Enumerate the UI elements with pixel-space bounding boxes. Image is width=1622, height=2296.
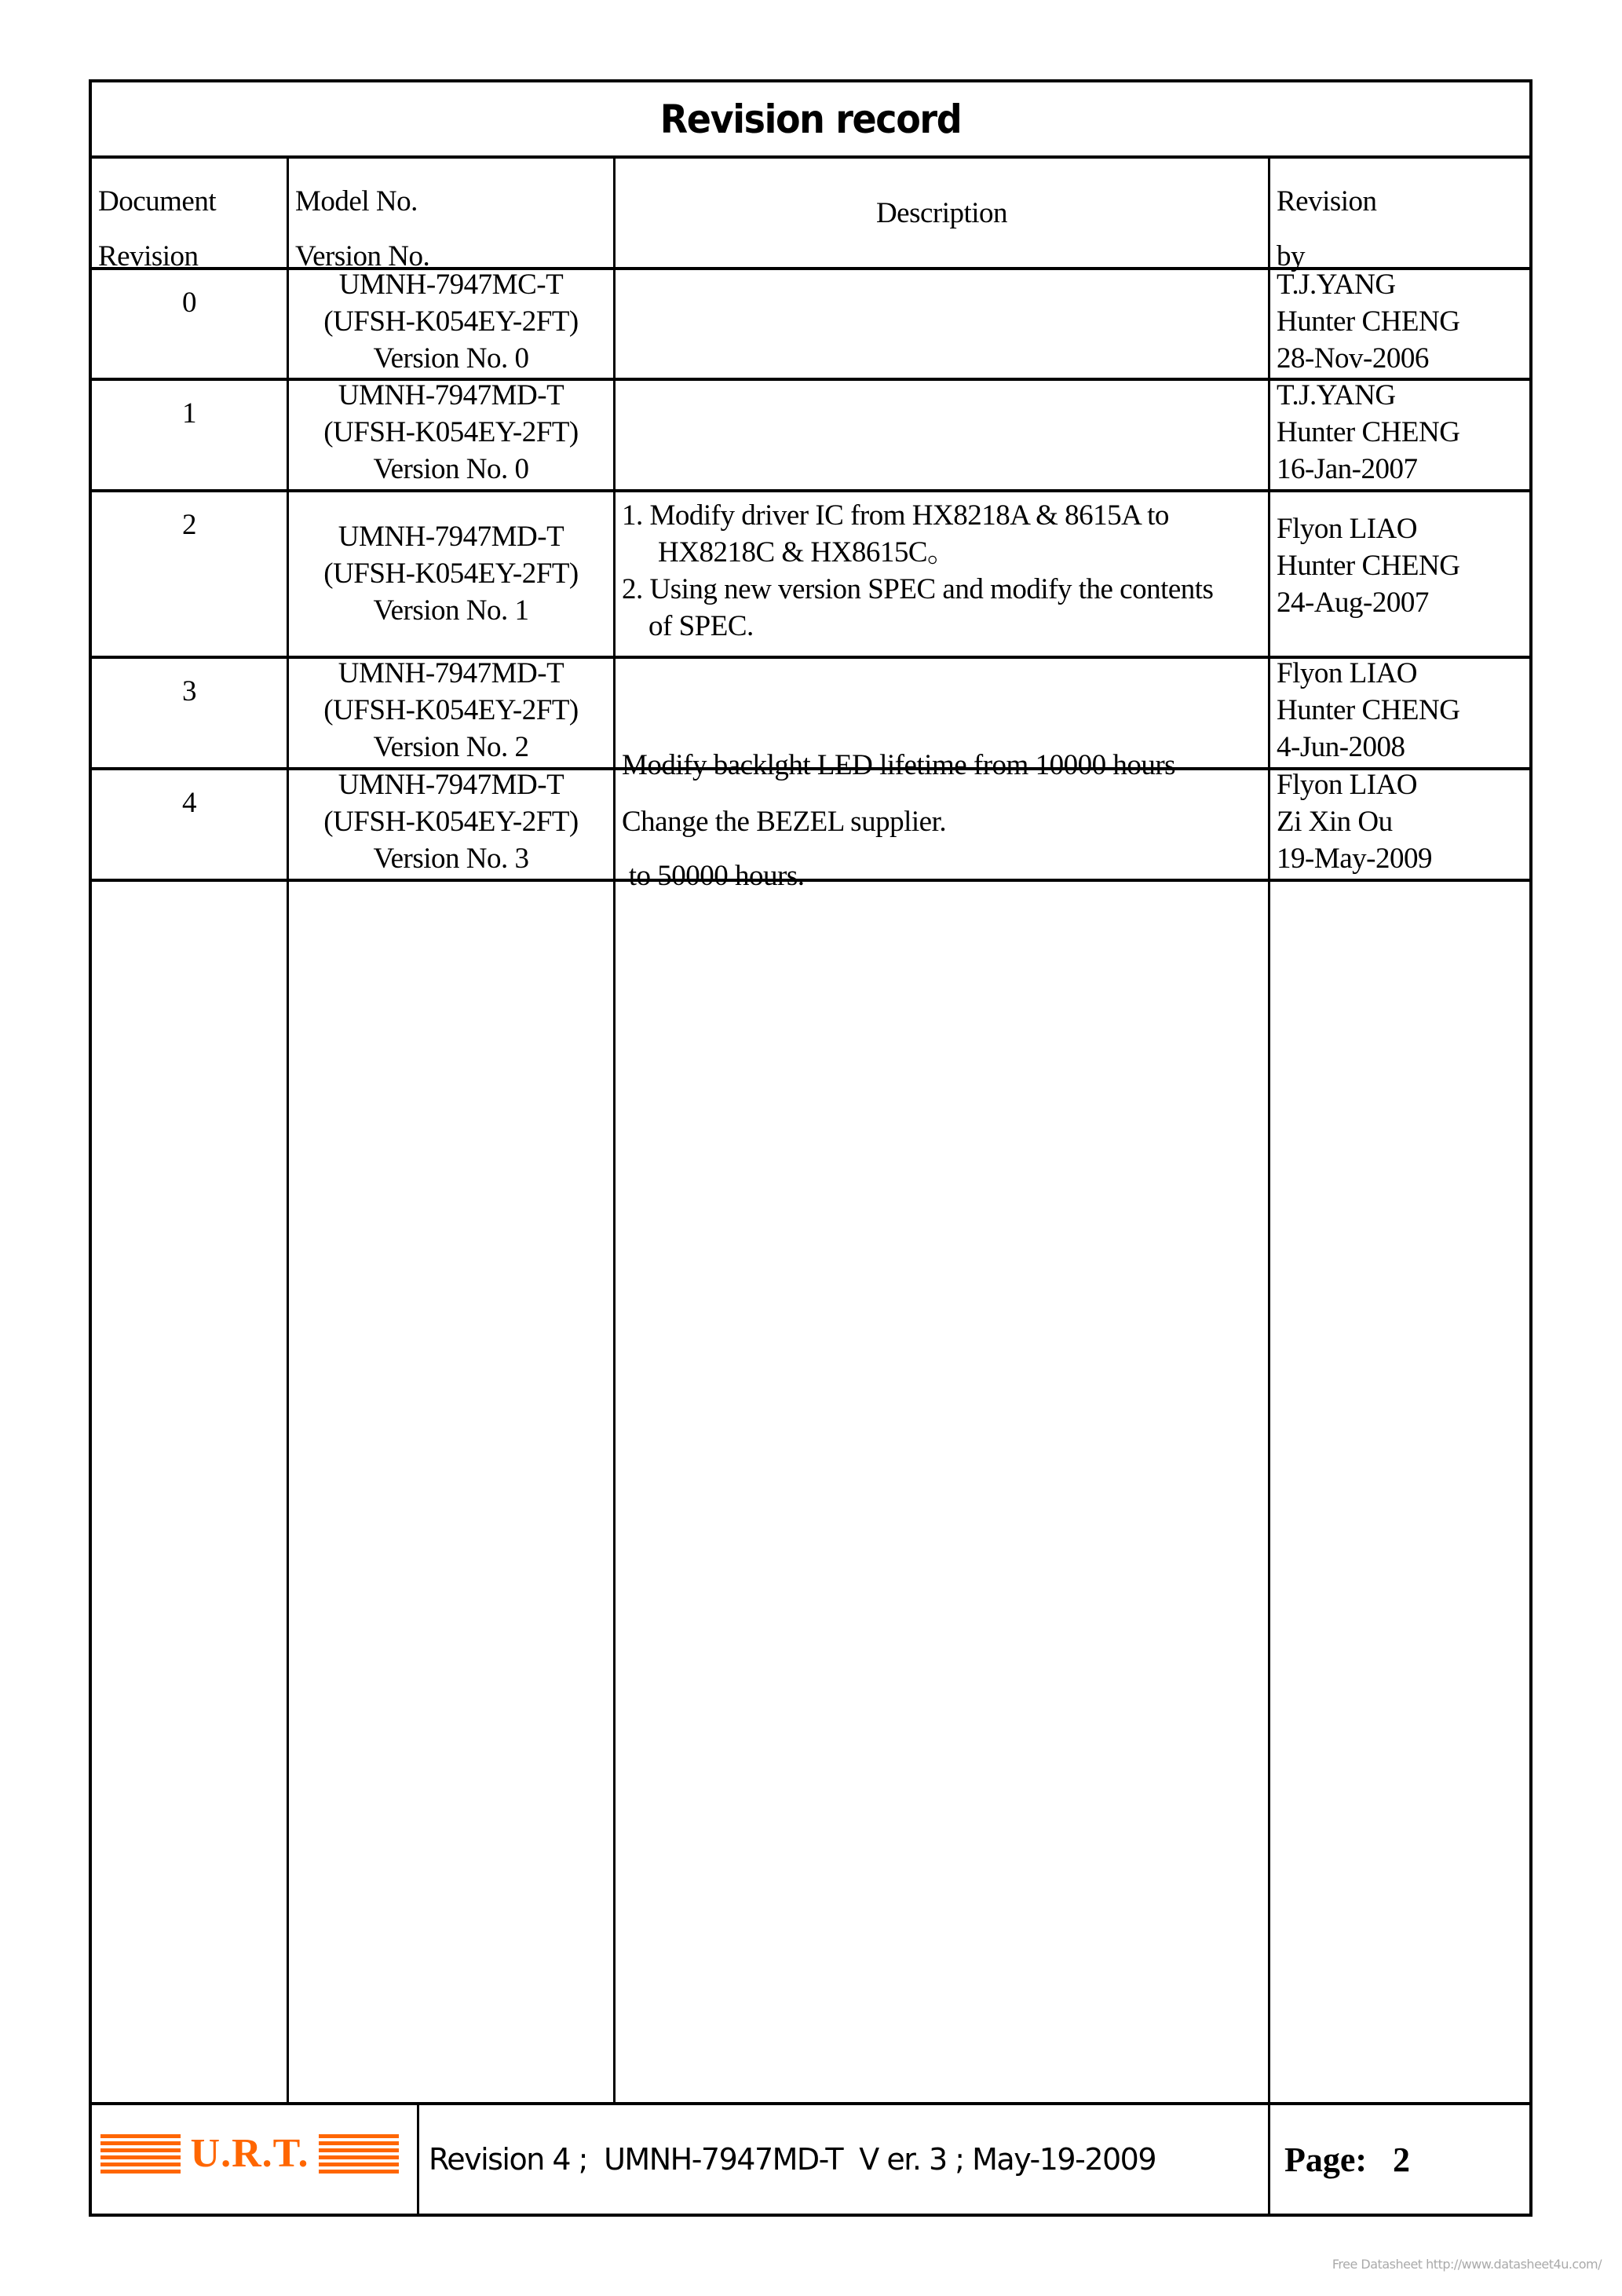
header-label: Document [98, 174, 287, 229]
description-line: Modify backlght LED lifetime from 10000 … [622, 747, 1268, 784]
approver: Hunter CHENG [1277, 303, 1529, 340]
header-model-version: Model No. Version No. [289, 159, 613, 267]
revision-date: 16-Jan-2007 [1277, 451, 1529, 488]
description-cell: Change the BEZEL supplier. [616, 803, 1268, 850]
model-no: UMNH-7947MD-T [289, 518, 613, 555]
description-cell: Modify backlght LED lifetime from 10000 … [616, 673, 1268, 767]
version-no: Version No. 0 [289, 451, 613, 488]
description-line: Change the BEZEL supplier. [622, 803, 1268, 840]
model-no: UMNH-7947MD-T [289, 766, 613, 803]
doc-revision-cell: 0 [92, 270, 287, 378]
author: T.J.YANG [1277, 266, 1529, 303]
revision-date: 19-May-2009 [1277, 840, 1529, 877]
company-logo: U.R.T. [100, 2133, 399, 2174]
logo-stripes-right [319, 2134, 399, 2174]
header-label: Model No. [295, 174, 613, 229]
model-version-cell: UMNH-7947MD-T (UFSH-K054EY-2FT) Version … [289, 377, 613, 489]
list-marker: 2. [622, 573, 643, 605]
revision-by-cell: T.J.YANG Hunter CHENG 28-Nov-2006 [1270, 266, 1529, 378]
description-cell [616, 270, 1268, 378]
doc-revision-cell: 1 [92, 381, 287, 489]
footer-revision-info: Revision 4 ; UMNH-7947MD-T V er. 3 ; May… [419, 2105, 1268, 2214]
table-border-right [1529, 79, 1532, 2217]
author: Flyon LIAO [1277, 655, 1529, 692]
doc-revision-cell: 3 [92, 659, 287, 767]
watermark: Free Datasheet http://www.datasheet4u.co… [1332, 2257, 1602, 2272]
model-code: (UFSH-K054EY-2FT) [289, 303, 613, 340]
approver: Hunter CHENG [1277, 547, 1529, 584]
version-no: Version No. 0 [289, 340, 613, 377]
model-code: (UFSH-K054EY-2FT) [289, 692, 613, 729]
description-cell [616, 381, 1268, 489]
description-item: 1. Modify driver IC from HX8218A & 8615A… [622, 497, 1268, 571]
model-version-cell: UMNH-7947MD-T (UFSH-K054EY-2FT) Version … [289, 655, 613, 767]
model-version-cell: UMNH-7947MD-T (UFSH-K054EY-2FT) Version … [289, 518, 613, 652]
header-revision-by: Revision by [1270, 159, 1529, 267]
list-marker: 1. [622, 499, 643, 532]
description-line: Using new version SPEC and modify the co… [650, 573, 1214, 605]
description-line: Modify driver IC from HX8218A & 8615A to [650, 499, 1169, 532]
description-line: HX8218C & HX8615C。 [648, 534, 1268, 571]
approver: Hunter CHENG [1277, 692, 1529, 729]
revision-by-cell: Flyon LIAO Hunter CHENG 4-Jun-2008 [1270, 655, 1529, 767]
header-description: Description [616, 159, 1268, 267]
logo-stripes-left [100, 2134, 181, 2174]
revision-by-cell: Flyon LIAO Zi Xin Ou 19-May-2009 [1270, 766, 1529, 879]
author: Flyon LIAO [1277, 766, 1529, 803]
version-no: Version No. 3 [289, 840, 613, 877]
revision-date: 28-Nov-2006 [1277, 340, 1529, 377]
logo-text: U.R.T. [181, 2133, 319, 2174]
description-item: 2. Using new version SPEC and modify the… [622, 571, 1268, 645]
model-no: UMNH-7947MC-T [289, 266, 613, 303]
description-line: of SPEC. [648, 608, 1268, 645]
header-doc-revision: Document Revision [92, 159, 287, 267]
description-cell: 1. Modify driver IC from HX8218A & 8615A… [616, 492, 1268, 656]
model-no: UMNH-7947MD-T [289, 655, 613, 692]
author: Flyon LIAO [1277, 510, 1529, 547]
model-code: (UFSH-K054EY-2FT) [289, 555, 613, 592]
revision-date: 24-Aug-2007 [1277, 584, 1529, 621]
revision-date: 4-Jun-2008 [1277, 729, 1529, 766]
page-title: Revision record [148, 81, 1473, 157]
version-no: Version No. 1 [289, 592, 613, 629]
description-line: to 50000 hours. [622, 857, 1268, 894]
header-label: Description [876, 195, 1007, 232]
model-code: (UFSH-K054EY-2FT) [289, 414, 613, 451]
model-code: (UFSH-K054EY-2FT) [289, 803, 613, 840]
model-no: UMNH-7947MD-T [289, 377, 613, 414]
page-number: Page: 2 [1270, 2105, 1529, 2214]
author: T.J.YANG [1277, 377, 1529, 414]
revision-by-cell: T.J.YANG Hunter CHENG 16-Jan-2007 [1270, 377, 1529, 489]
model-version-cell: UMNH-7947MC-T (UFSH-K054EY-2FT) Version … [289, 266, 613, 378]
doc-revision-cell: 2 [92, 492, 287, 656]
table-border-bottom [90, 2214, 1532, 2217]
approver: Zi Xin Ou [1277, 803, 1529, 840]
header-label: Revision [1277, 174, 1529, 229]
model-version-cell: UMNH-7947MD-T (UFSH-K054EY-2FT) Version … [289, 766, 613, 879]
approver: Hunter CHENG [1277, 414, 1529, 451]
doc-revision-cell: 4 [92, 770, 287, 879]
revision-by-cell: Flyon LIAO Hunter CHENG 24-Aug-2007 [1270, 510, 1529, 652]
version-no: Version No. 2 [289, 729, 613, 766]
revision-info-text: Revision 4 ; UMNH-7947MD-T V er. 3 ; May… [429, 2142, 1156, 2177]
page-number-text: Page: 2 [1284, 2140, 1410, 2180]
